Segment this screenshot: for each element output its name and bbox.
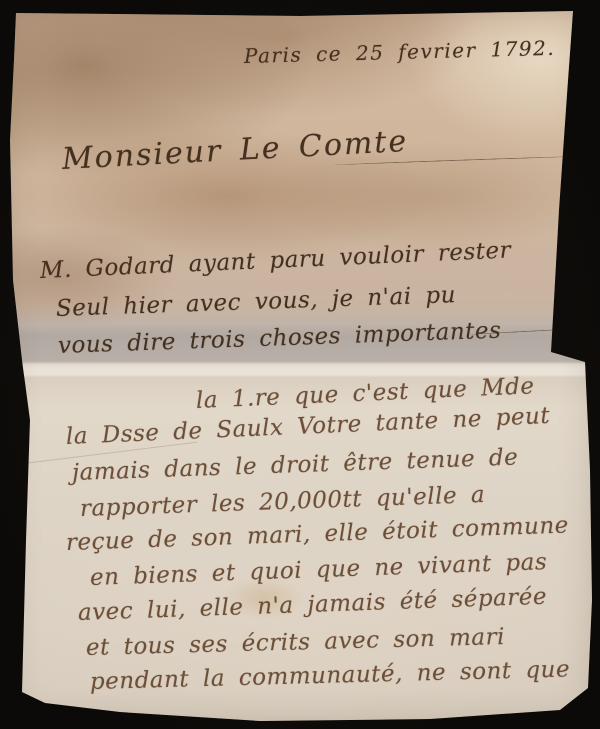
handwritten-line: jamais dans le droit être tenue de xyxy=(72,444,519,486)
photo-background: Paris ce 25 fevrier 1792. Monsieur Le Co… xyxy=(0,0,600,729)
letter-paper: Paris ce 25 fevrier 1792. Monsieur Le Co… xyxy=(0,0,600,729)
handwritten-line: et tous ses écrits avec son mari xyxy=(86,624,506,661)
handwritten-line: en biens et quoi que ne vivant pas xyxy=(90,549,548,591)
handwritten-line: M. Godard ayant paru vouloir rester xyxy=(39,237,511,284)
letter-dateline: Paris ce 25 fevrier 1792. xyxy=(244,36,556,68)
letter-salutation: Monsieur Le Comte xyxy=(61,124,409,177)
handwritten-line: vous dire trois choses importantes xyxy=(58,318,502,359)
handwritten-line: la Dsse de Saulx Votre tante ne peut xyxy=(65,403,550,450)
handwritten-line: avec lui, elle n'a jamais été séparée xyxy=(78,584,548,626)
handwritten-line: rapporter les 20,000tt qu'elle a xyxy=(80,482,486,522)
handwritten-line: Seul hier avec vous, je n'ai pu xyxy=(56,282,457,322)
handwritten-line: pendant la communauté, ne sont que xyxy=(90,656,571,695)
